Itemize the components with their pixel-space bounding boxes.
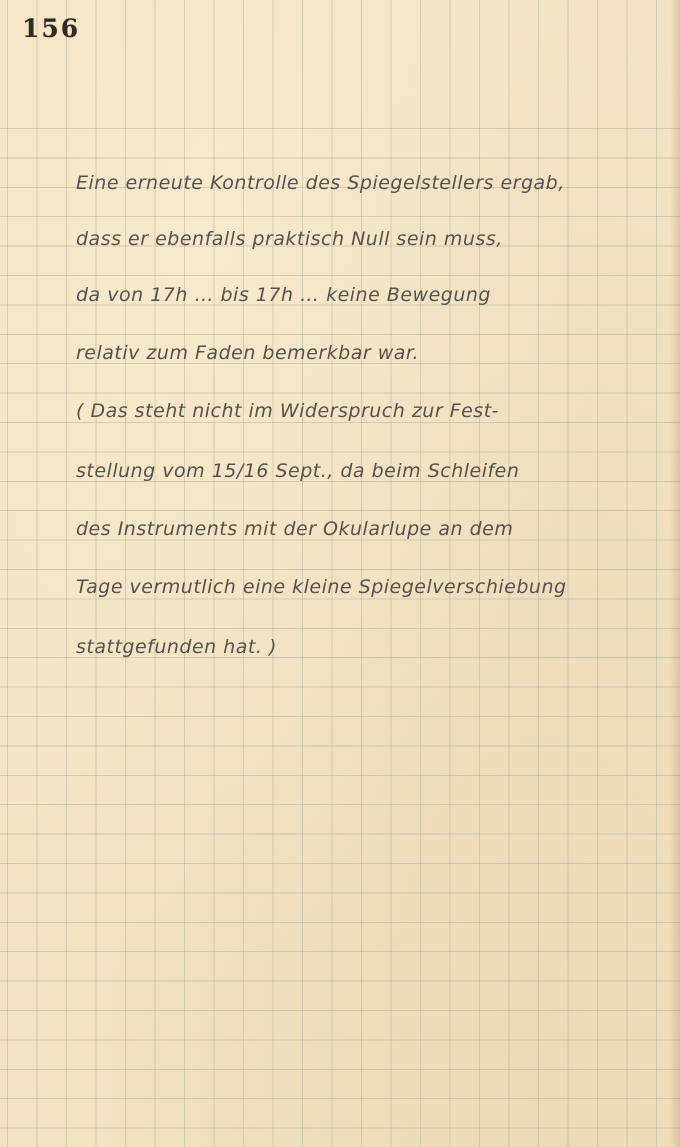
manuscript-line-7: des Instruments mit der Okularlupe an de… bbox=[76, 518, 513, 540]
notebook-page: 156 Eine erneute Kontrolle des Spiegelst… bbox=[0, 0, 680, 1147]
page-edge-shadow bbox=[670, 0, 680, 1147]
manuscript-line-2: dass er ebenfalls praktisch Null sein mu… bbox=[76, 228, 503, 250]
page-number: 156 bbox=[22, 14, 80, 43]
manuscript-line-6: stellung vom 15/16 Sept., da beim Schlei… bbox=[76, 460, 519, 482]
manuscript-line-8: Tage vermutlich eine kleine Spiegelversc… bbox=[76, 576, 567, 598]
manuscript-line-3: da von 17h … bis 17h … keine Bewegung bbox=[76, 284, 491, 306]
manuscript-line-1: Eine erneute Kontrolle des Spiegelstelle… bbox=[76, 172, 565, 194]
manuscript-line-5: ( Das steht nicht im Widerspruch zur Fes… bbox=[76, 400, 499, 422]
manuscript-line-4: relativ zum Faden bemerkbar war. bbox=[76, 342, 419, 364]
manuscript-line-9: stattgefunden hat. ) bbox=[76, 636, 277, 658]
